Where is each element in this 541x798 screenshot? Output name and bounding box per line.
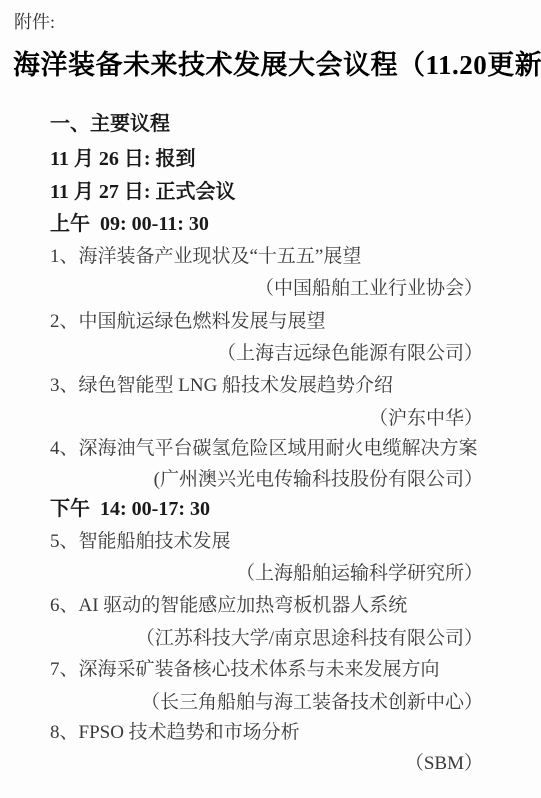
agenda-item-2-title: 2、中国航运绿色燃料发展与展望 <box>50 310 326 334</box>
agenda-item-3-title: 3、绿色智能型 LNG 船技术发展趋势介绍 <box>50 374 393 398</box>
agenda-item-7-title: 7、深海采矿装备核心技术体系与未来发展方向 <box>50 658 440 682</box>
agenda-item-8-org: （SBM） <box>405 752 483 776</box>
date-line-nov26: 11 月 26 日: 报到 <box>50 147 196 171</box>
agenda-item-1-title: 1、海洋装备产业现状及“十五五”展望 <box>50 245 361 269</box>
agenda-item-3-org: （沪东中华） <box>369 407 483 431</box>
agenda-item-4-org: (广州澳兴光电传输科技股份有限公司） <box>154 468 483 492</box>
afternoon-session-time-header: 下午 14: 00-17: 30 <box>50 497 210 521</box>
agenda-item-6-org: （江苏科技大学/南京思途科技有限公司） <box>136 627 483 651</box>
agenda-item-6-title: 6、AI 驱动的智能感应加热弯板机器人系统 <box>50 594 407 618</box>
agenda-item-4-title: 4、深海油气平台碳氢危险区域用耐火电缆解决方案 <box>50 437 478 461</box>
agenda-document-page: 附件: 海洋装备未来技术发展大会议程（11.20更新） 一、主要议程 11 月 … <box>0 0 541 798</box>
agenda-item-7-org: （长三角船舶与海工装备技术创新中心） <box>141 691 483 715</box>
morning-session-time-header: 上午 09: 00-11: 30 <box>50 212 209 236</box>
agenda-item-5-title: 5、智能船舶技术发展 <box>50 530 231 554</box>
agenda-item-8-title: 8、FPSO 技术趋势和市场分析 <box>50 721 300 745</box>
document-title: 海洋装备未来技术发展大会议程（11.20更新） <box>13 48 535 82</box>
section-heading: 一、主要议程 <box>50 112 170 136</box>
date-line-nov27: 11 月 27 日: 正式会议 <box>50 180 236 204</box>
agenda-item-5-org: （上海船舶运输科学研究所） <box>236 562 483 586</box>
agenda-item-1-org: （中国船舶工业行业协会） <box>255 277 483 301</box>
attachment-label: 附件: <box>14 10 55 34</box>
agenda-item-2-org: （上海吉远绿色能源有限公司） <box>217 342 483 366</box>
